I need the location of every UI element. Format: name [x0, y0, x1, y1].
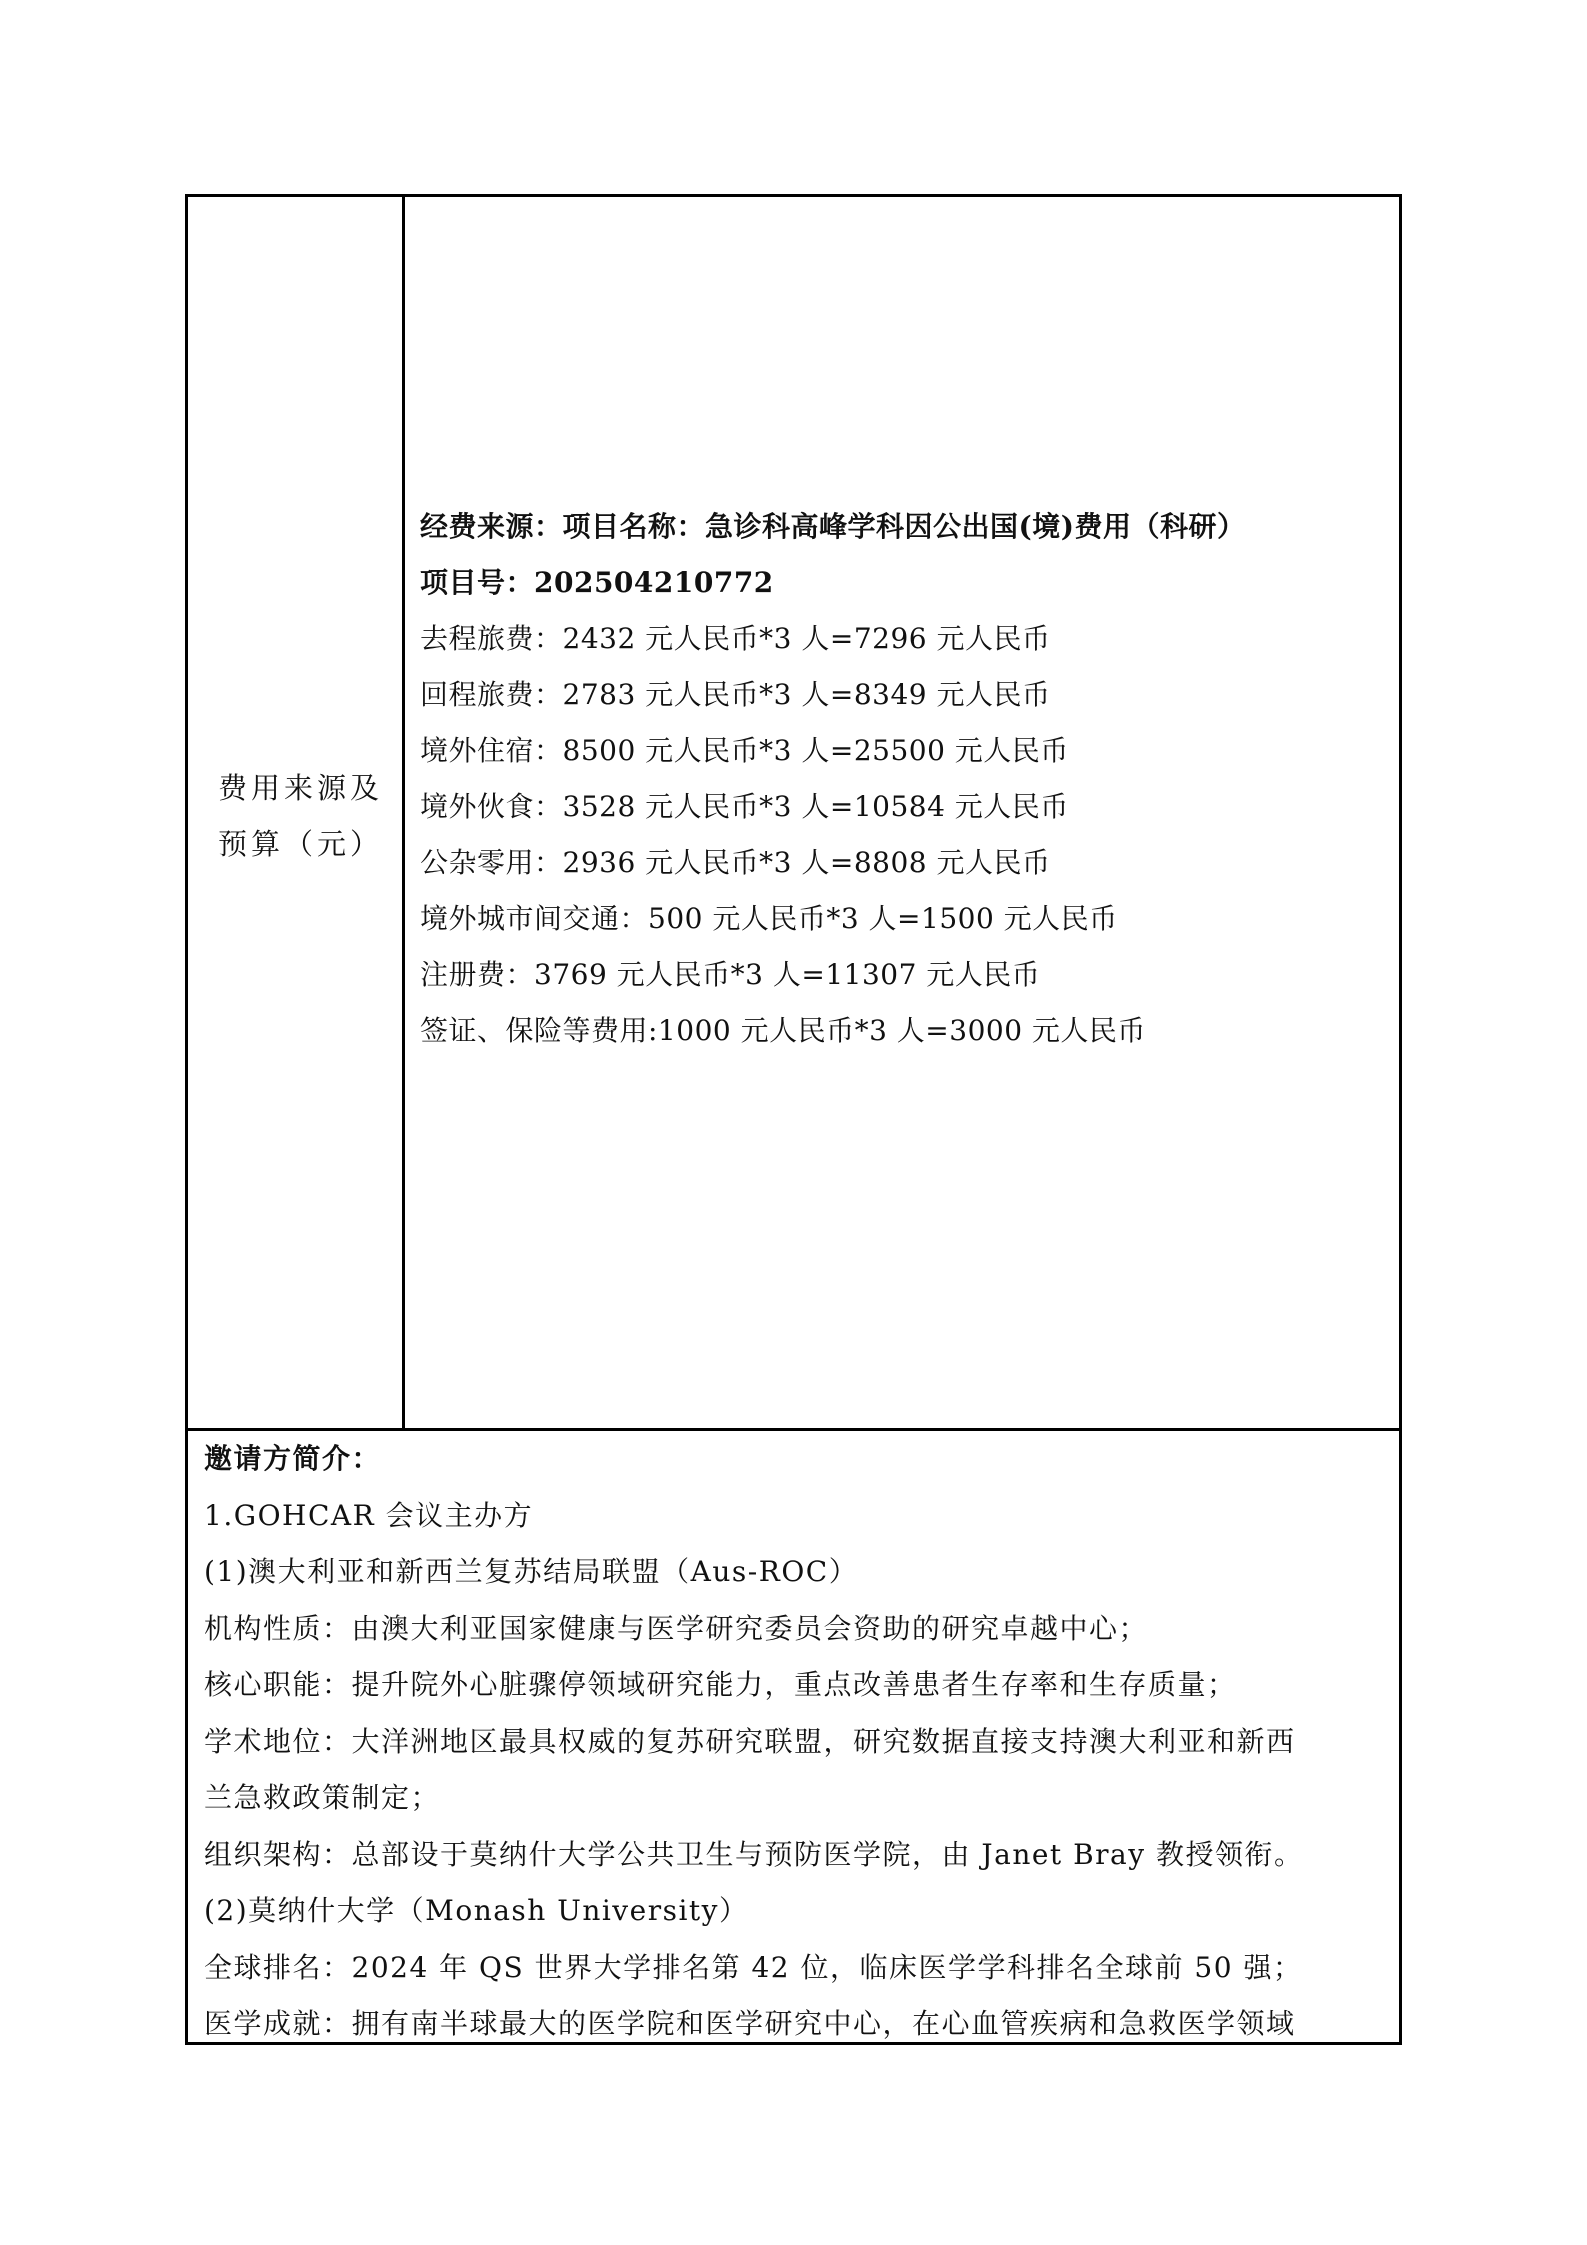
budget-item-intercity-transport: 境外城市间交通：500 元人民币*3 人=1500 元人民币 — [420, 891, 1390, 947]
budget-label-line-1: 费用来源及 — [218, 760, 388, 816]
inviter-intro-line: 医学成就：拥有南半球最大的医学院和医学研究中心，在心血管疾病和急救医学领域 — [204, 1996, 1394, 2053]
inviter-intro-line: (2)莫纳什大学（Monash University） — [204, 1883, 1394, 1940]
budget-item-accommodation: 境外住宿：8500 元人民币*3 人=25500 元人民币 — [420, 723, 1390, 779]
budget-item-meals: 境外伙食：3528 元人民币*3 人=10584 元人民币 — [420, 779, 1390, 835]
inviter-intro-line: 机构性质：由澳大利亚国家健康与医学研究委员会资助的研究卓越中心； — [204, 1601, 1394, 1658]
inviter-intro-line: 组织架构：总部设于莫纳什大学公共卫生与预防医学院，由 Janet Bray 教授… — [204, 1827, 1394, 1884]
inviter-intro-row: 邀请方简介： 1.GOHCAR 会议主办方 (1)澳大利亚和新西兰复苏结局联盟（… — [188, 1431, 1399, 2045]
budget-label: 费用来源及 预算（元） — [218, 760, 388, 872]
inviter-intro-line: 全球排名：2024 年 QS 世界大学排名第 42 位，临床医学学科排名全球前 … — [204, 1940, 1394, 1997]
inviter-intro-line: 学术地位：大洋洲地区最具权威的复苏研究联盟，研究数据直接支持澳大利亚和新西 — [204, 1714, 1394, 1771]
inviter-intro-line: 1.GOHCAR 会议主办方 — [204, 1488, 1394, 1545]
budget-item-visa-insurance: 签证、保险等费用:1000 元人民币*3 人=3000 元人民币 — [420, 1003, 1390, 1059]
budget-row: 费用来源及 预算（元） 经费来源：项目名称：急诊科高峰学科因公出国(境)费用（科… — [188, 197, 1399, 1431]
inviter-intro-line: 兰急救政策制定； — [204, 1770, 1394, 1827]
budget-item-incidentals: 公杂零用：2936 元人民币*3 人=8808 元人民币 — [420, 835, 1390, 891]
application-form-table: 费用来源及 预算（元） 经费来源：项目名称：急诊科高峰学科因公出国(境)费用（科… — [185, 194, 1402, 2045]
inviter-intro-line: (1)澳大利亚和新西兰复苏结局联盟（Aus-ROC） — [204, 1544, 1394, 1601]
inviter-intro-heading: 邀请方简介： — [204, 1431, 1394, 1488]
budget-item-outbound-travel: 去程旅费：2432 元人民币*3 人=7296 元人民币 — [420, 611, 1390, 667]
project-number: 项目号：202504210772 — [420, 555, 1390, 611]
budget-details: 经费来源：项目名称：急诊科高峰学科因公出国(境)费用（科研） 项目号：20250… — [420, 499, 1390, 1059]
budget-item-return-travel: 回程旅费：2783 元人民币*3 人=8349 元人民币 — [420, 667, 1390, 723]
document-page: 费用来源及 预算（元） 经费来源：项目名称：急诊科高峰学科因公出国(境)费用（科… — [0, 0, 1587, 2245]
budget-item-registration-fee: 注册费：3769 元人民币*3 人=11307 元人民币 — [420, 947, 1390, 1003]
budget-label-cell: 费用来源及 预算（元） — [188, 197, 405, 1428]
budget-label-line-2: 预算（元） — [218, 816, 388, 872]
inviter-intro-line: 核心职能：提升院外心脏骤停领域研究能力，重点改善患者生存率和生存质量； — [204, 1657, 1394, 1714]
inviter-intro-content: 邀请方简介： 1.GOHCAR 会议主办方 (1)澳大利亚和新西兰复苏结局联盟（… — [204, 1431, 1394, 2053]
funding-source: 经费来源：项目名称：急诊科高峰学科因公出国(境)费用（科研） — [420, 499, 1390, 555]
budget-content-cell: 经费来源：项目名称：急诊科高峰学科因公出国(境)费用（科研） 项目号：20250… — [405, 197, 1399, 1428]
